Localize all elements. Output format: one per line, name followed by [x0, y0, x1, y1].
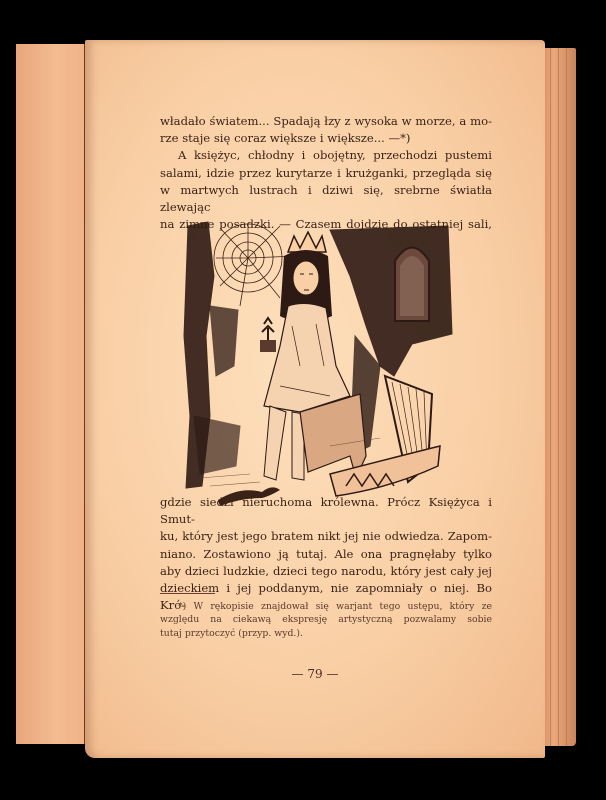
right-page: władało światem... Spadają łzy z wysoka …: [85, 40, 545, 758]
footnote-line: tutaj przytoczyć (przyp. wyd.).: [160, 627, 492, 640]
princess-illustration: [180, 216, 480, 506]
footnote-line: względu na ciekawą ekspresję artystyczną…: [160, 613, 492, 626]
text-line: ku, który jest jego bratem nikt jej nie …: [160, 528, 492, 545]
body-text-bottom: gdzie siedzi nieruchoma królewna. Prócz …: [160, 494, 492, 614]
text-line: władało światem... Spadają łzy z wysoka …: [160, 113, 492, 130]
text-line: gdzie siedzi nieruchoma królewna. Prócz …: [160, 494, 492, 528]
text-line: w martwych lustrach i dziwi się, srebrne…: [160, 182, 492, 216]
text-line: A księżyc, chłodny i obojętny, przechodz…: [160, 147, 492, 164]
page-edge-line: [558, 48, 559, 746]
page-edge-line: [566, 48, 567, 746]
text-line: aby dzieci ludzkie, dzieci tego narodu, …: [160, 563, 492, 580]
footnote-line: *) W rękopisie znajdował się warjant teg…: [160, 600, 492, 613]
text-line: salami, idzie przez kurytarze i krużgank…: [160, 165, 492, 182]
footnote: *) W rękopisie znajdował się warjant teg…: [160, 600, 492, 640]
text-line: niano. Zostawiono ją tutaj. Ale ona prag…: [160, 546, 492, 563]
footnote-divider: [160, 593, 215, 594]
page-number: — 79 —: [85, 667, 545, 681]
text-line: rze staje się coraz większe i większe...…: [160, 130, 492, 147]
page-edge-line: [550, 48, 551, 746]
left-page: [16, 44, 85, 744]
